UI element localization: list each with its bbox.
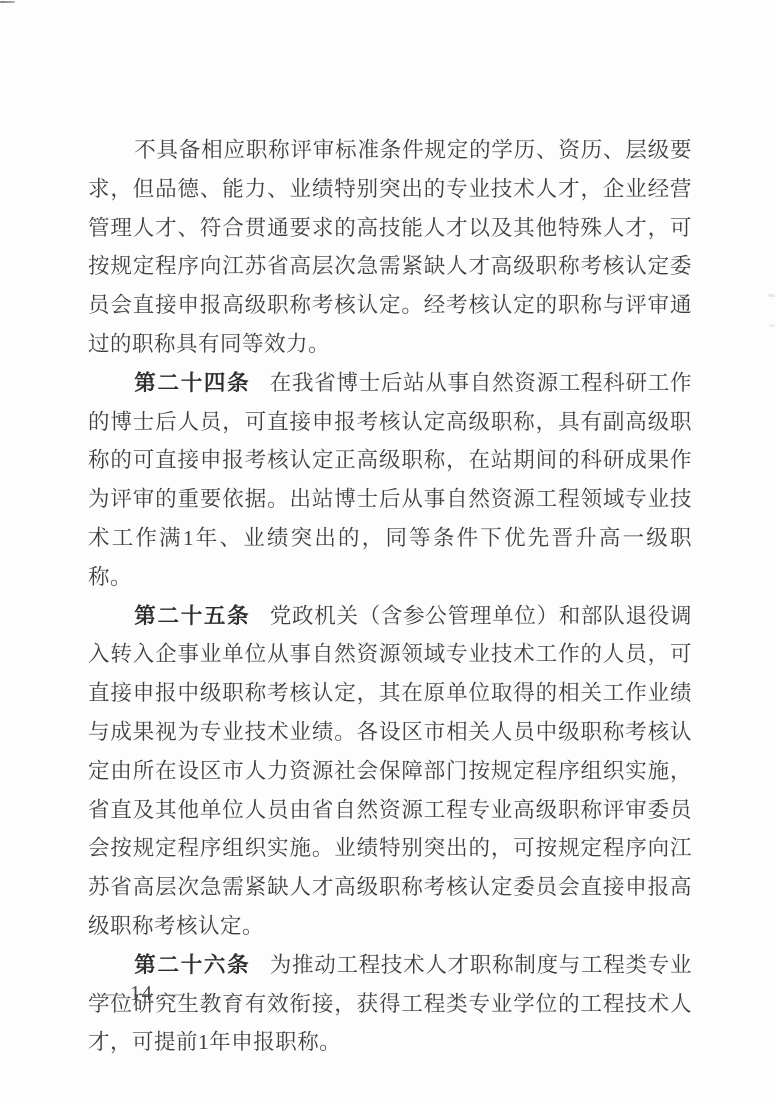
article-24-number: 第二十四条 (134, 371, 250, 395)
paragraph-intro: 不具备相应职称评审标准条件规定的学历、资历、层级要求，但品德、能力、业绩特别突出… (88, 131, 692, 364)
scan-artifact-right-2-icon (769, 324, 775, 327)
document-body: 不具备相应职称评审标准条件规定的学历、资历、层级要求，但品德、能力、业绩特别突出… (88, 131, 692, 1062)
paragraph-text: 党政机关（含参公管理单位）和部队退役调入转入企事业单位从事自然资源领域专业技术工… (88, 604, 692, 938)
scan-artifact-right-1-icon (768, 294, 775, 297)
scan-artifact-topleft-icon (0, 1, 15, 3)
document-page: 不具备相应职称评审标准条件规定的学历、资历、层级要求，但品德、能力、业绩特别突出… (0, 0, 777, 1103)
article-25-number: 第二十五条 (134, 604, 250, 628)
page-number: 14 (130, 981, 153, 1005)
footer-dash-left: — (101, 981, 122, 1005)
page-footer: —14— (101, 979, 182, 1007)
paragraph-article-25: 第二十五条党政机关（含参公管理单位）和部队退役调入转入企事业单位从事自然资源领域… (88, 597, 692, 946)
article-26-number: 第二十六条 (134, 953, 250, 977)
paragraph-article-24: 第二十四条在我省博士后站从事自然资源工程科研工作的博士后人员，可直接申报考核认定… (88, 364, 692, 597)
paragraph-text: 不具备相应职称评审标准条件规定的学历、资历、层级要求，但品德、能力、业绩特别突出… (88, 138, 692, 356)
footer-dash-right: — (161, 981, 182, 1005)
paragraph-text: 在我省博士后站从事自然资源工程科研工作的博士后人员，可直接申报考核认定高级职称，… (88, 371, 692, 589)
